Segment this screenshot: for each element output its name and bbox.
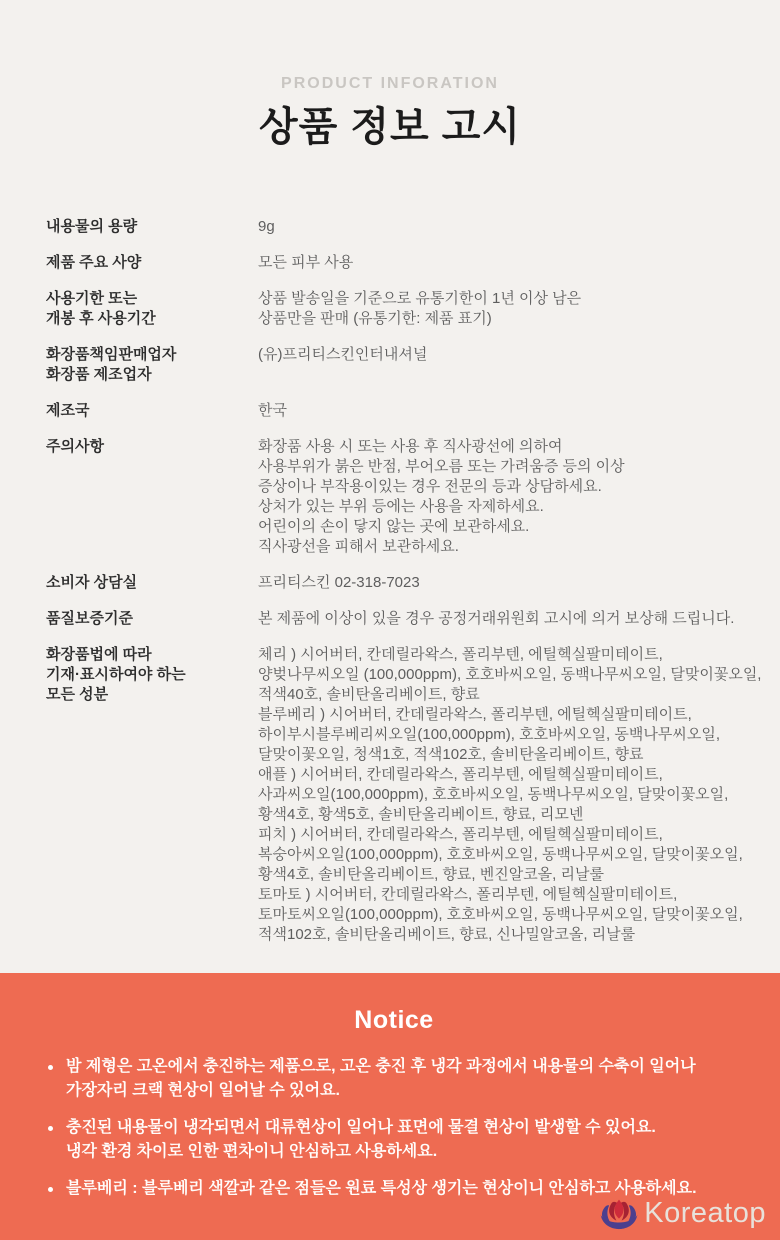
info-row: 제조국한국 xyxy=(46,401,740,421)
page-title: 상품 정보 고시 xyxy=(0,103,780,151)
text-line: 적색102호, 솔비탄올리베이트, 향료, 신나밀알코올, 리날룰 xyxy=(258,925,761,945)
text-line: 사용기한 또는 xyxy=(46,289,258,309)
text-line: 상처가 있는 부위 등에는 사용을 자제하세요. xyxy=(258,497,740,517)
text-line: 상품만을 판매 (유통기한: 제품 표기) xyxy=(258,309,740,329)
text-line: 화장품책임판매업자 xyxy=(46,345,258,365)
notice-item-text: 밤 제형은 고온에서 충진하는 제품으로, 고온 충진 후 냉각 과정에서 내용… xyxy=(66,1055,696,1103)
notice-title: Notice xyxy=(48,1006,740,1035)
text-line: 하이부시블루베리씨오일(100,000ppm), 호호바씨오일, 동백나무씨오일… xyxy=(258,725,761,745)
info-row: 제품 주요 사양모든 피부 사용 xyxy=(46,253,740,273)
text-line: 본 제품에 이상이 있을 경우 공정거래위원회 고시에 의거 보상해 드립니다. xyxy=(258,609,740,629)
info-row: 내용물의 용량9g xyxy=(46,217,740,237)
text-line: 프리티스킨 02-318-7023 xyxy=(258,573,740,593)
text-line: 기재·표시하여야 하는 xyxy=(46,665,258,685)
info-row-label: 제조국 xyxy=(46,401,258,421)
info-row-label: 내용물의 용량 xyxy=(46,217,258,237)
info-row: 품질보증기준본 제품에 이상이 있을 경우 공정거래위원회 고시에 의거 보상해… xyxy=(46,609,740,629)
text-line: 화장품법에 따라 xyxy=(46,645,258,665)
text-line: 황색4호, 솔비탄올리베이트, 향료, 벤진알코올, 리날룰 xyxy=(258,865,761,885)
text-line: 9g xyxy=(258,217,740,237)
text-line: 냉각 환경 차이로 인한 편차이니 안심하고 사용하세요. xyxy=(66,1140,656,1164)
text-line: 화장품 제조업자 xyxy=(46,365,258,385)
info-row-value: 모든 피부 사용 xyxy=(258,253,740,273)
notice-list: 밤 제형은 고온에서 충진하는 제품으로, 고온 충진 후 냉각 과정에서 내용… xyxy=(48,1055,740,1201)
page-header: PRODUCT INFORATION 상품 정보 고시 xyxy=(0,0,780,151)
text-line: 한국 xyxy=(258,401,740,421)
text-line: 화장품 사용 시 또는 사용 후 직사광선에 의하여 xyxy=(258,437,740,457)
text-line: 토마토 ) 시어버터, 칸데릴라왁스, 폴리부텐, 에틸헥실팔미테이트, xyxy=(258,885,761,905)
text-line: 체리 ) 시어버터, 칸데릴라왁스, 폴리부텐, 에틸헥실팔미테이트, xyxy=(258,645,761,665)
text-line: (유)프리티스킨인터내셔널 xyxy=(258,345,740,365)
text-line: 양벚나무씨오일 (100,000ppm), 호호바씨오일, 동백나무씨오일, 달… xyxy=(258,665,761,685)
notice-item: 충진된 내용물이 냉각되면서 대류현상이 일어나 표면에 물결 현상이 발생할 … xyxy=(48,1116,740,1164)
info-row-label: 화장품법에 따라기재·표시하여야 하는모든 성분 xyxy=(46,645,258,945)
info-row: 주의사항화장품 사용 시 또는 사용 후 직사광선에 의하여사용부위가 붉은 반… xyxy=(46,437,740,557)
text-line: 황색4호, 황색5호, 솔비탄올리베이트, 향료, 리모넨 xyxy=(258,805,761,825)
text-line: 제품 주요 사양 xyxy=(46,253,258,273)
info-row-label: 제품 주요 사양 xyxy=(46,253,258,273)
text-line: 달맞이꽃오일, 청색1호, 적색102호, 솔비탄올리베이트, 향료 xyxy=(258,745,761,765)
info-row-label: 사용기한 또는개봉 후 사용기간 xyxy=(46,289,258,329)
text-line: 블루베리 ) 시어버터, 칸데릴라왁스, 폴리부텐, 에틸헥실팔미테이트, xyxy=(258,705,761,725)
text-line: 충진된 내용물이 냉각되면서 대류현상이 일어나 표면에 물결 현상이 발생할 … xyxy=(66,1116,656,1140)
info-row-value: 본 제품에 이상이 있을 경우 공정거래위원회 고시에 의거 보상해 드립니다. xyxy=(258,609,740,629)
brand-name: Koreatop xyxy=(644,1197,766,1230)
info-row-value: 프리티스킨 02-318-7023 xyxy=(258,573,740,593)
text-line: 증상이나 부작용이있는 경우 전문의 등과 상담하세요. xyxy=(258,477,740,497)
info-row-value: 9g xyxy=(258,217,740,237)
text-line: 상품 발송일을 기준으로 유통기한이 1년 이상 남은 xyxy=(258,289,740,309)
info-row-value: (유)프리티스킨인터내셔널 xyxy=(258,345,740,385)
text-line: 모든 성분 xyxy=(46,685,258,705)
info-row-value: 화장품 사용 시 또는 사용 후 직사광선에 의하여사용부위가 붉은 반점, 부… xyxy=(258,437,740,557)
product-info-table: 내용물의 용량9g제품 주요 사양모든 피부 사용사용기한 또는개봉 후 사용기… xyxy=(0,217,780,945)
eyebrow-label: PRODUCT INFORATION xyxy=(0,74,780,94)
text-line: 주의사항 xyxy=(46,437,258,457)
info-row-label: 화장품책임판매업자화장품 제조업자 xyxy=(46,345,258,385)
text-line: 피치 ) 시어버터, 칸데릴라왁스, 폴리부텐, 에틸헥실팔미테이트, xyxy=(258,825,761,845)
notice-section: Notice 밤 제형은 고온에서 충진하는 제품으로, 고온 충진 후 냉각 … xyxy=(0,973,780,1240)
info-row: 화장품책임판매업자화장품 제조업자(유)프리티스킨인터내셔널 xyxy=(46,345,740,385)
text-line: 모든 피부 사용 xyxy=(258,253,740,273)
text-line: 사과씨오일(100,000ppm), 호호바씨오일, 동백나무씨오일, 달맞이꽃… xyxy=(258,785,761,805)
text-line: 직사광선을 피해서 보관하세요. xyxy=(258,537,740,557)
info-row-label: 품질보증기준 xyxy=(46,609,258,629)
info-row-label: 소비자 상담실 xyxy=(46,573,258,593)
text-line: 밤 제형은 고온에서 충진하는 제품으로, 고온 충진 후 냉각 과정에서 내용… xyxy=(66,1055,696,1079)
text-line: 복숭아씨오일(100,000ppm), 호호바씨오일, 동백나무씨오일, 달맞이… xyxy=(258,845,761,865)
text-line: 개봉 후 사용기간 xyxy=(46,309,258,329)
text-line: 토마토씨오일(100,000ppm), 호호바씨오일, 동백나무씨오일, 달맞이… xyxy=(258,905,761,925)
info-row-value: 한국 xyxy=(258,401,740,421)
info-row-value: 체리 ) 시어버터, 칸데릴라왁스, 폴리부텐, 에틸헥실팔미테이트,양벚나무씨… xyxy=(258,645,761,945)
bullet-dot-icon xyxy=(48,1126,53,1131)
content-area: PRODUCT INFORATION 상품 정보 고시 내용물의 용량9g제품 … xyxy=(0,0,780,973)
text-line: 품질보증기준 xyxy=(46,609,258,629)
text-line: 어린이의 손이 닿지 않는 곳에 보관하세요. xyxy=(258,517,740,537)
text-line: 내용물의 용량 xyxy=(46,217,258,237)
info-row: 사용기한 또는개봉 후 사용기간상품 발송일을 기준으로 유통기한이 1년 이상… xyxy=(46,289,740,329)
info-row: 소비자 상담실프리티스킨 02-318-7023 xyxy=(46,573,740,593)
notice-item: 밤 제형은 고온에서 충진하는 제품으로, 고온 충진 후 냉각 과정에서 내용… xyxy=(48,1055,740,1103)
text-line: 소비자 상담실 xyxy=(46,573,258,593)
product-info-page: PRODUCT INFORATION 상품 정보 고시 내용물의 용량9g제품 … xyxy=(0,0,780,1240)
brand-logo: Koreatop xyxy=(598,1197,766,1230)
info-row-value: 상품 발송일을 기준으로 유통기한이 1년 이상 남은상품만을 판매 (유통기한… xyxy=(258,289,740,329)
lotus-icon xyxy=(598,1198,640,1230)
text-line: 사용부위가 붉은 반점, 부어오름 또는 가려움증 등의 이상 xyxy=(258,457,740,477)
text-line: 제조국 xyxy=(46,401,258,421)
text-line: 애플 ) 시어버터, 칸데릴라왁스, 폴리부텐, 에틸헥실팔미테이트, xyxy=(258,765,761,785)
info-row: 화장품법에 따라기재·표시하여야 하는모든 성분체리 ) 시어버터, 칸데릴라왁… xyxy=(46,645,740,945)
info-row-label: 주의사항 xyxy=(46,437,258,557)
notice-item-text: 충진된 내용물이 냉각되면서 대류현상이 일어나 표면에 물결 현상이 발생할 … xyxy=(66,1116,656,1164)
bullet-dot-icon xyxy=(48,1187,53,1192)
bullet-dot-icon xyxy=(48,1065,53,1070)
text-line: 가장자리 크랙 현상이 일어날 수 있어요. xyxy=(66,1079,696,1103)
text-line: 적색40호, 솔비탄올리베이트, 향료 xyxy=(258,685,761,705)
